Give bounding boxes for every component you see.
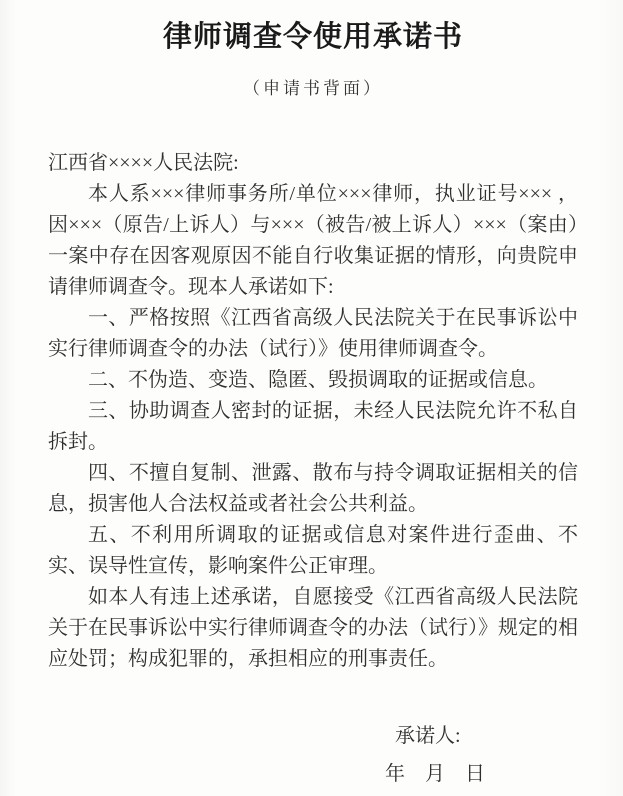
- paragraph-item-2: 二、不伪造、变造、隐匿、毁损调取的证据或信息。: [48, 365, 578, 396]
- paragraph-closing: 如本人有违上述承诺，自愿接受《江西省高级人民法院关于在民事诉讼中实行律师调查令的…: [48, 582, 578, 675]
- paragraph-item-1: 一、严格按照《江西省高级人民法院关于在民事诉讼中实行律师调查令的办法（试行）》使…: [48, 303, 578, 365]
- document-subtitle: （申请书背面）: [48, 78, 578, 100]
- signature-block: 承诺人: 年 月 日: [48, 717, 578, 793]
- document-title: 律师调查令使用承诺书: [48, 16, 578, 54]
- signer-label: 承诺人:: [395, 717, 578, 755]
- paragraph-item-3: 三、协助调查人密封的证据，未经人民法院允许不私自拆封。: [48, 396, 578, 458]
- document-body: 江西省××××人民法院: 本人系×××律师事务所/单位×××律师，执业证号×××…: [48, 148, 578, 675]
- paragraph-item-4: 四、不擅自复制、泄露、散布与持令调取证据相关的信息，损害他人合法权益或者社会公共…: [48, 458, 578, 520]
- paragraph-intro: 本人系×××律师事务所/单位×××律师，执业证号××× ，因×××（原告/上诉人…: [48, 179, 578, 303]
- date-line: 年 月 日: [385, 755, 578, 793]
- paragraph-item-5: 五、不利用所调取的证据或信息对案件进行歪曲、不实、误导性宣传，影响案件公正审理。: [48, 520, 578, 582]
- salutation: 江西省××××人民法院:: [48, 148, 578, 179]
- document-page: 律师调查令使用承诺书 （申请书背面） 江西省××××人民法院: 本人系×××律师…: [0, 0, 623, 796]
